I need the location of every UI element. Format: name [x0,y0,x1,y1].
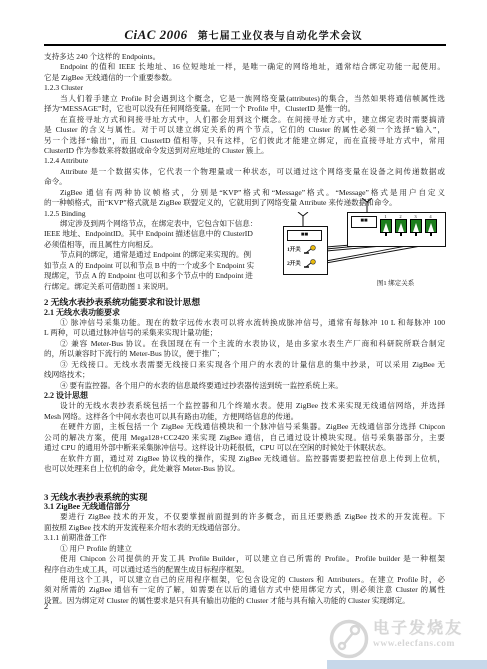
lamp-item: 3 [410,214,421,233]
text-line: Attribute 是一个数据实体，它代表一个物理量或一种状态，可以通过这个网络… [44,167,445,177]
toggle-switch-icon [303,245,317,254]
watermark-url: www.elecfans.com [373,638,463,650]
text-line: 另一个选择“输出”，而且 ClusterID 值相等，只有这样，它们彼此才能建立… [44,136,445,146]
conference-title: 第七届工业仪表与自动化学术会议 [198,31,363,42]
text-line: 设计的无线水表抄表系统包括一个监控器和几个终端水表。使用 ZigBee 技术来实… [44,401,445,411]
text-line: 在软件方面，通过对 ZigBee 协议栈的操作，实现 ZigBee 无线通信。监… [44,454,445,464]
watermark-brand: 电子发烧友 [373,620,463,638]
watermark: 电子发烧友 www.elecfans.com [327,617,487,669]
body-text: 支持多达 240 个这样的 Endpoints。Endpoint 的值和 IEE… [44,52,445,606]
lamp-item: 4 [425,214,436,233]
text-line: 3.1 ZigBee 无线通信部分 [44,502,445,512]
text-line: 3.1.1 前期准备工作 [44,533,445,543]
text-line: ② 兼容 Meter-Bus 协议。在我国现在有一个主流的水表协议，是由多家水表… [44,339,445,349]
text-line: 2.2 设计思想 [44,391,445,401]
page-header: CiAC 2006 第七届工业仪表与自动化学术会议 [0,26,487,44]
text-line: 使用这个工具，可以建立自己的应用程序框架，它包含设定的 Clusters 和 A… [44,575,445,585]
text-line: 它是 ZigBee 无线通信的一个重要参数。 [44,73,445,83]
document-page: CiAC 2006 第七届工业仪表与自动化学术会议 支持多达 240 个这样的 … [0,0,487,669]
lamp-item: 2 [395,214,406,233]
text-line: L 两种，可以通过脉冲信号的采集来实现计量功能； [44,328,445,338]
lamp-icon [410,219,422,233]
toggle-switch-icon [303,259,317,268]
switch-row: 2开关 [287,257,317,269]
conference-logo: CiAC 2006 [124,27,187,42]
lamp-icon [395,219,407,233]
text-line: 要进行 ZigBee 技术的开发，不仅要掌握前面提到的许多概念，而且还要熟悉 Z… [44,512,445,522]
text-line: 也可以处理来自上位机的命令，此处兼容 Meter-Bus 协议。 [44,464,445,474]
text-line: 1.2.3 Cluster [44,83,445,93]
text-line: 线网络技术； [44,370,445,380]
text-line: 使用 Chipcon 公司提供的开发工具 Profile Builder，可以建… [44,554,445,564]
antenna-icon [361,198,373,212]
text-line: 须对所需的 ZigBee 通信有一定的了解，如需要在以后的通信方式中使用绑定方式… [44,585,445,595]
text-line: ClusterID 作为参数来将数据或命令发送到对应地址的 Cluster 簇上… [44,146,445,156]
antenna-icon [297,212,309,226]
switch-row: 1开关 [287,243,317,255]
text-line: ④ 要有监控器。各个用户的水表的信息最终要通过抄表器传送到统一监控系统上来。 [44,381,445,391]
switch-node: ■■ 1开关 2开关 [283,226,328,275]
header-rule [44,44,446,46]
text-line: ① 脉冲信号采集功能。现在的数字远传水表可以将水流转换成脉冲信号，通常有每脉冲 … [44,318,445,328]
text-line: 的，所以兼容时下流行的 Meter-Bus 协议，便于推广； [44,349,445,359]
lamp-icon [380,219,392,233]
figure-binding-relationship: ■■ 1 2 3 4 [283,196,447,292]
text-line: 1.2.4 Attribute [44,156,445,166]
page-number: 2 [44,601,48,611]
text-line: 设置。因为绑定对 Cluster 的属性要求是只有具有输出功能的 Cluster… [44,596,445,606]
lamp-node-label: ■■ [351,216,377,228]
text-line: 通过 CPU 的通用外部中断来采集脉冲信号。这样设计功耗很低，CPU 可以在空闲… [44,443,445,453]
watermark-text: 电子发烧友 www.elecfans.com [373,620,463,650]
text-line: Endpoint 的值和 IEEE 长地址、16 位短地址一样，是唯一确定的网络… [44,62,445,72]
text-line: 2 无线水表抄表系统功能要求和设计思想 [44,297,445,307]
lamp-item: 1 [380,214,391,233]
text-line: ③ 无线接口。无线水表需要无线接口来实现各个用户的水表的计量信息的集中抄录，可以… [44,360,445,370]
text-line: 支持多达 240 个这样的 Endpoints。 [44,52,445,62]
text-line: 当人们着手建立 Profile 时会遇到这个概念，它是一族网络变量(attrib… [44,94,445,104]
lamp-row: 1 2 3 4 [380,214,436,233]
text-line: 程序自动生成工具，可以通过适当的配置生成目标程序框架。 [44,565,445,575]
text-line: 在直接寻址方式和间接寻址方式中，人们都会用到这个概念。在间接寻址方式中，建立绑定… [44,115,445,125]
figure-caption: 图1 绑定关系 [347,278,444,287]
switch-label: 2开关 [287,259,301,267]
text-line: 公司的解决方案，使用 Mega128+CC2420 来实现 ZigBee 通信，… [44,433,445,443]
text-line: 面按照 ZigBee 技术的开发流程来介绍水表的无线通信部分。 [44,523,445,533]
text-line: 在硬件方面，主板包括一个 ZigBee 无线通信模块和一个脉冲信号采集器。Zig… [44,422,445,432]
text-line: 3 无线水表抄表系统的实现 [44,492,445,502]
text-line: 是 Cluster 的含义与属性。对于可以建立绑定关系的两个节点，它们的 Clu… [44,125,445,135]
elecfans-logo-icon [329,619,369,659]
text-line: 择为“MESSAGE”时，它也可以没有任何网络变量。在同一个 Profile 中… [44,104,445,114]
lamp-node: ■■ 1 2 3 4 [347,212,446,247]
text-line: 命令。 [44,177,445,187]
watermark-band [327,660,487,669]
text-line: Mesh 网络。这样各个中间水表也可以具有路由功能，方便网络信息的传递。 [44,412,445,422]
text-line: ① 用户 Profile 的建立 [44,544,445,554]
switch-node-label: ■■ [287,230,322,241]
switch-label: 1开关 [287,245,301,253]
lamp-icon [425,219,437,233]
text-line: 2.1 无线水表功能要求 [44,308,445,318]
